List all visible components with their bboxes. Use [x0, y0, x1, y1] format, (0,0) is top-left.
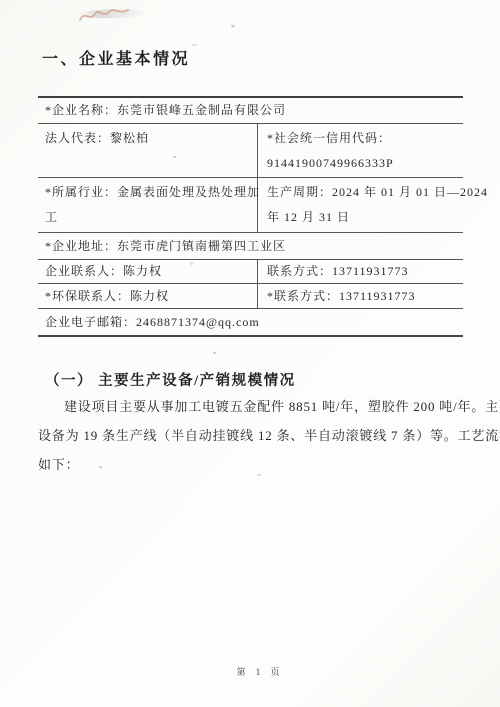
page-number: 第 1 页	[10, 665, 500, 678]
cell-credit-code: *社会统一信用代码： 91441900749966333P	[267, 126, 394, 176]
scan-speck	[192, 44, 197, 46]
paragraph-line: 建设项目主要从事加工电镀五金配件 8851 吨/年，塑胶件 200 吨/年。主要	[38, 392, 464, 421]
cell-legal-representative: 法人代表：黎松柏	[45, 126, 149, 151]
table-rule	[38, 335, 463, 337]
cell-env-contact: *环保联系人：陈力权	[45, 283, 169, 308]
cell-company-contact: 企业联系人：陈力权	[45, 259, 162, 283]
table-rule	[38, 123, 463, 124]
pen-scribble-mark	[76, 2, 132, 30]
paragraph-line: 如下：	[38, 450, 464, 479]
cell-contact-phone: 联系方式：13711931773	[267, 259, 409, 283]
table-rule	[38, 177, 463, 178]
table-column-divider	[257, 259, 258, 308]
cell-env-contact-phone: *联系方式：13711931773	[267, 283, 416, 308]
cell-company-name: *企业名称：东莞市银峰五金制品有限公司	[45, 96, 286, 123]
scan-speck	[231, 24, 235, 27]
subsection-heading: （一） 主要生产设备/产销规模情况	[45, 369, 296, 390]
scanned-document-page: 一、企业基本情况 *企业名称：东莞市银峰五金制品有限公司 法人代表：黎松柏 *社…	[0, 0, 500, 707]
scan-speck	[213, 352, 216, 354]
cell-company-address: *企业地址：东莞市虎门镇南栅第四工业区	[45, 232, 286, 259]
body-paragraph: 建设项目主要从事加工电镀五金配件 8851 吨/年，塑胶件 200 吨/年。主要…	[38, 392, 464, 479]
cell-production-period: 生产周期：2024 年 01 月 01 日—2024 年 12 月 31 日	[267, 180, 488, 230]
enterprise-info-table: *企业名称：东莞市银峰五金制品有限公司 法人代表：黎松柏 *社会统一信用代码： …	[38, 96, 463, 336]
cell-industry: *所属行业：金属表面处理及热处理加 工	[45, 180, 260, 230]
section-title: 一、企业基本情况	[42, 46, 190, 69]
paragraph-line: 设备为 19 条生产线（半自动挂镀线 12 条、半自动滚镀线 7 条）等。工艺流…	[38, 421, 464, 450]
cell-company-email: 企业电子邮箱：2468871374@qq.com	[45, 308, 260, 335]
